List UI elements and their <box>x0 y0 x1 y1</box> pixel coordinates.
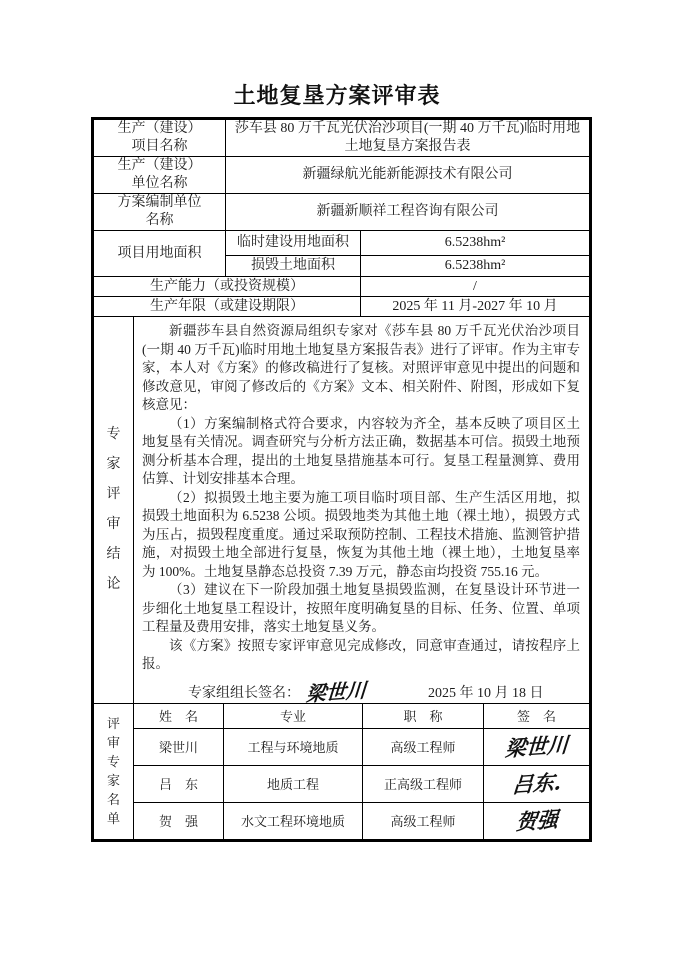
label-project-name: 生产（建设） 项目名称 <box>94 120 226 157</box>
value-project-name: 莎车县 80 万千瓦光伏治沙项目(一期 40 万千瓦)临时用地 土地复垦方案报告… <box>226 120 590 157</box>
value-production-period: 2025 年 11 月-2027 年 10 月 <box>361 297 590 317</box>
expert-specialty: 水文工程环境地质 <box>224 802 363 839</box>
table-row: 生产能力（或投资规模） / <box>94 277 590 297</box>
expert-review-section: 专 家 评 审 结 论 新疆莎车县自然资源局组织专家对《莎车县 80 万千瓦光伏… <box>93 316 590 704</box>
expert-handwritten-signature: 吕东. <box>484 765 590 802</box>
expert-name: 吕 东 <box>134 765 224 802</box>
table-row: 方案编制单位 名称 新疆新顺祥工程咨询有限公司 <box>94 194 590 231</box>
expert-table-header-row: 评 审 专 家 名 单 姓 名 专业 职 称 签 名 <box>94 703 590 728</box>
expert-specialty: 工程与环境地质 <box>224 728 363 765</box>
handwritten-signature: 吕东. <box>511 771 562 797</box>
header-specialty: 专业 <box>224 703 363 728</box>
expert-handwritten-signature: 梁世川 <box>484 728 590 765</box>
expert-list-table: 评 审 专 家 名 单 姓 名 专业 职 称 签 名 梁世川 工程与环境地质 高… <box>93 703 590 840</box>
label-plan-compiler: 方案编制单位 名称 <box>94 194 226 231</box>
label-temp-construction-area: 临时建设用地面积 <box>226 231 361 256</box>
review-conclusion-body: 新疆莎车县自然资源局组织专家对《莎车县 80 万千瓦光伏治沙项目(一期 40 万… <box>134 317 590 704</box>
review-form: 生产（建设） 项目名称 莎车县 80 万千瓦光伏治沙项目(一期 40 万千瓦)临… <box>91 117 592 842</box>
expert-row: 梁世川 工程与环境地质 高级工程师 梁世川 <box>94 728 590 765</box>
expert-row: 吕 东 地质工程 正高级工程师 吕东. <box>94 765 590 802</box>
review-paragraph: （1）方案编制格式符合要求，内容较为齐全，基本反映了项目区土地复垦有关情况。调查… <box>142 415 580 489</box>
label-production-period: 生产年限（或建设期限） <box>94 297 361 317</box>
table-row: 专 家 评 审 结 论 新疆莎车县自然资源局组织专家对《莎车县 80 万千瓦光伏… <box>94 317 590 704</box>
review-paragraph: 该《方案》按照专家评审意见完成修改，同意审查通过，请按程序上报。 <box>142 637 580 674</box>
header-name: 姓 名 <box>134 703 224 728</box>
expert-name: 贺 强 <box>134 802 224 839</box>
page-title: 土地复垦方案评审表 <box>0 83 674 108</box>
expert-job-title: 高级工程师 <box>363 728 484 765</box>
expert-handwritten-signature: 贺强 <box>484 802 590 839</box>
value-production-capacity: / <box>361 277 590 297</box>
value-temp-construction-area: 6.5238hm² <box>361 231 590 256</box>
table-row: 生产（建设） 单位名称 新疆绿航光能新能源技术有限公司 <box>94 157 590 194</box>
label-construction-unit: 生产（建设） 单位名称 <box>94 157 226 194</box>
expert-name: 梁世川 <box>134 728 224 765</box>
review-paragraph: （3）建议在下一阶段加强土地复垦损毁监测，在复垦设计环节进一步细化土地复垦工程设… <box>142 581 580 637</box>
value-plan-compiler: 新疆新顺祥工程咨询有限公司 <box>226 194 590 231</box>
group-leader-handwritten-signature: 梁世川 <box>305 678 366 703</box>
side-label-expert-review-conclusion: 专 家 评 审 结 论 <box>94 317 134 704</box>
document-page: 土地复垦方案评审表 生产（建设） 项目名称 莎车县 80 万千瓦光伏治沙项目(一… <box>0 0 674 954</box>
value-damaged-land-area: 6.5238hm² <box>361 256 590 277</box>
handwritten-signature: 贺强 <box>515 808 558 833</box>
table-row: 生产（建设） 项目名称 莎车县 80 万千瓦光伏治沙项目(一期 40 万千瓦)临… <box>94 120 590 157</box>
expert-row: 贺 强 水文工程环境地质 高级工程师 贺强 <box>94 802 590 839</box>
signature-date: 2025 年 10 月 18 日 <box>428 682 544 702</box>
expert-specialty: 地质工程 <box>224 765 363 802</box>
review-paragraph: 新疆莎车县自然资源局组织专家对《莎车县 80 万千瓦光伏治沙项目(一期 40 万… <box>142 322 580 415</box>
handwritten-signature: 梁世川 <box>504 733 568 760</box>
signature-label: 专家组组长签名： <box>188 682 300 702</box>
table-row: 项目用地面积 临时建设用地面积 6.5238hm² <box>94 231 590 256</box>
header-job-title: 职 称 <box>363 703 484 728</box>
side-label-expert-list: 评 审 专 家 名 单 <box>94 703 134 839</box>
label-land-area: 项目用地面积 <box>94 231 226 277</box>
header-signature: 签 名 <box>484 703 590 728</box>
group-leader-signature-line: 专家组组长签名： 梁世川 2025 年 10 月 18 日 <box>142 681 580 703</box>
value-construction-unit: 新疆绿航光能新能源技术有限公司 <box>226 157 590 194</box>
project-info-table: 生产（建设） 项目名称 莎车县 80 万千瓦光伏治沙项目(一期 40 万千瓦)临… <box>93 119 590 317</box>
label-production-capacity: 生产能力（或投资规模） <box>94 277 361 297</box>
expert-job-title: 高级工程师 <box>363 802 484 839</box>
label-damaged-land-area: 损毁土地面积 <box>226 256 361 277</box>
expert-job-title: 正高级工程师 <box>363 765 484 802</box>
review-paragraph: （2）拟损毁土地主要为施工项目临时项目部、生产生活区用地，拟损毁土地面积为 6.… <box>142 489 580 582</box>
table-row: 生产年限（或建设期限） 2025 年 11 月-2027 年 10 月 <box>94 297 590 317</box>
